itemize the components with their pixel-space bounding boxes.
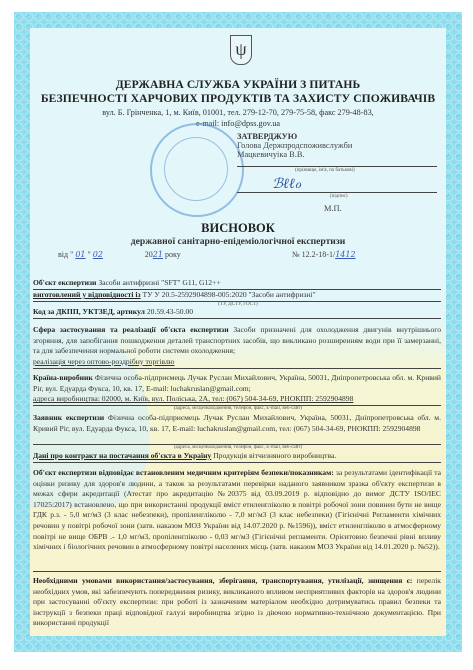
manufacturer-text: Фізична особа-підприємець Лучак Руслан М… [33,373,441,393]
object-section: Об'єкт експертизи Засоби антифризні "SFT… [33,278,441,289]
compliance-text: за результатами ідентифікації та оцінки … [33,468,441,551]
manufactured-section: виготовлений у відповідності із ТУ У 20.… [33,290,441,301]
code-label: Код за ДКПП, УКТЗЕД, артикул [33,307,145,316]
date-day: 01 [75,250,85,259]
conclusion-date: від " 01 " 02 2021 року [58,250,181,259]
approval-position: Голова Держпродспоживслужби [237,141,437,150]
stamp-label: М.П. [324,204,342,213]
date-month: 02 [93,250,143,259]
signature: ℬℓℓℴ [272,176,301,193]
scope-label: Сфера застосування та реалізації об'єкта… [33,325,229,334]
document-subtitle: державної санітарно-епідеміологічної екс… [30,236,446,247]
compliance-section: Об'єкт експертизи відповідає встановлени… [33,468,441,553]
manufacturer-section: Країна-виробник Фізична особа-підприємец… [33,373,441,405]
approval-label: ЗАТВЕРДЖУЮ [237,132,297,141]
approval-name: Мацкевичуіка В.В. [237,150,437,159]
name-caption: (прізвище, ім'я, по батькові) [295,168,355,173]
code-value: 20.59.43-50.00 [147,307,193,316]
document-page: ψ ДЕРЖАВНА СЛУЖБА УКРАЇНИ З ПИТАНЬ БЕЗПЕ… [30,28,446,636]
manufactured-value: ТУ У 20.5-2592904898-005:2020 "Засоби ан… [142,290,315,299]
agency-address: вул. Б. Грінченка, 1, м. Київ, 01001, те… [30,108,446,117]
agency-name-line1: ДЕРЖАВНА СЛУЖБА УКРАЇНИ З ПИТАНЬ [30,78,446,91]
conditions-label: Необхідними умовами використання/застосу… [33,576,412,585]
signature-caption: (підпис) [330,194,348,199]
object-value: Засоби антифризні "SFT" G11, G12++ [98,278,220,287]
approval-block: ЗАТВЕРДЖУЮ Голова Держпродспоживслужби М… [237,132,437,159]
agency-name-line2: БЕЗПЕЧНОСТІ ХАРЧОВИХ ПРОДУКТІВ ТА ЗАХИСТ… [30,92,446,105]
date-year: 21 [153,250,163,259]
scope-sales: реалізація через оптово-роздрібну торгів… [33,357,441,368]
conclusion-number: № 12.2-18-1/1412 [292,250,356,259]
official-stamp-inner [164,137,228,201]
applicant-caption: (адреса, місцезнаходження, телефон, факс… [30,445,446,450]
compliance-label: Об'єкт експертизи відповідає встановлени… [33,468,334,477]
contract-section: Дані про контракт на постачання об'єкта … [33,451,441,462]
applicant-section: Заявник експертизи Фізична особа-підприє… [33,413,441,434]
scope-section: Сфера застосування та реалізації об'єкта… [33,325,441,367]
contract-label: Дані про контракт на постачання об'єкта … [33,451,211,460]
object-label: Об'єкт експертизи [33,278,96,287]
manufactured-label: виготовлений у відповідності із [33,290,141,299]
applicant-label: Заявник експертизи [33,413,104,422]
agency-email: e-mail: info@dpss.gov.ua [30,119,446,128]
document-title: ВИСНОВОК [30,221,446,236]
number-handwritten: 1412 [335,250,355,259]
manufacturer-production: адреса виробництва: 02000, м. Київ, вул.… [33,394,441,405]
code-section: Код за ДКПП, УКТЗЕД, артикул 20.59.43-50… [33,307,441,318]
trident-emblem-icon: ψ [230,35,252,65]
conditions-section: Необхідними умовами використання/застосу… [33,576,441,629]
contract-value: Продукція вітчизняного виробництва. [213,451,336,460]
manufacturer-caption: (адреса, місцезнаходження, телефон, факс… [30,406,446,411]
manufacturer-label: Країна-виробник [33,373,93,382]
